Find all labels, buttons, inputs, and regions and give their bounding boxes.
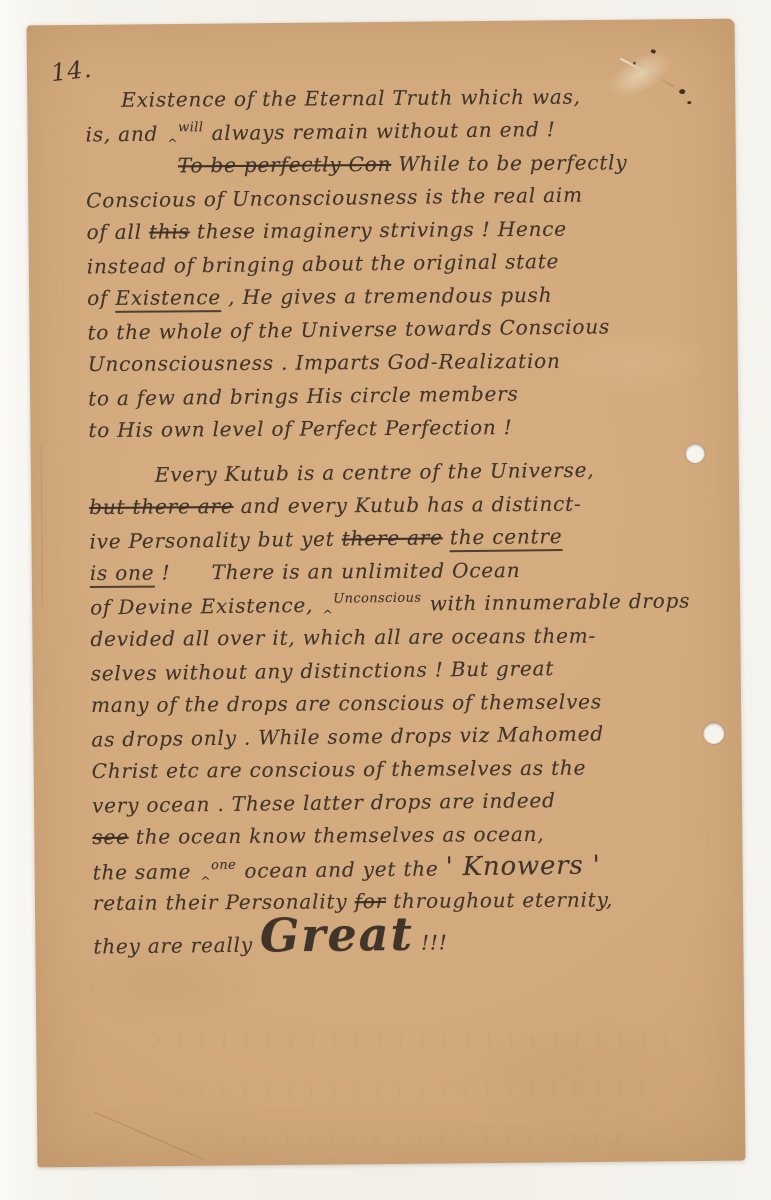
text-run: to His own level of Perfect Perfection ! [88, 415, 512, 442]
text-run: of Devine Existence, [90, 593, 313, 620]
text-run: , He gives a tremendous push [228, 283, 552, 309]
text-run: of [87, 286, 108, 310]
text-run: they are really [93, 933, 253, 959]
text-run: always remain without an end ! [211, 117, 555, 145]
strikethrough-text: this [149, 219, 190, 243]
text-run: is, and [85, 122, 158, 147]
strikethrough-text: see [92, 825, 129, 849]
text-run: Existence of the Eternal Truth which was… [121, 85, 581, 112]
text-run: and every Kutub has a distinct- [241, 492, 582, 518]
text-run: Conscious of Unconsciousness is the real… [86, 183, 583, 213]
underlined-text: the centre [450, 524, 563, 552]
text-run: of all [86, 220, 141, 244]
text-run: many of the drops are conscious of thems… [91, 689, 602, 717]
manuscript-page: 14. Existence of the Eternal Truth which… [27, 19, 746, 1168]
manuscript-line: to His own level of Perfect Perfection ! [88, 410, 708, 447]
inserted-text: will [178, 120, 203, 135]
emphasized-text: ' Knowers ' [446, 851, 601, 883]
bleed-through-writing [147, 1080, 647, 1102]
text-run: There is an unlimited Ocean [211, 558, 520, 584]
bleed-through-writing [167, 1133, 637, 1149]
strikethrough-text: there are [342, 525, 443, 550]
underlined-text: is one [90, 561, 155, 588]
text-run: ive Personality but yet [89, 527, 334, 554]
text-run: instead of bringing about the original s… [87, 249, 560, 279]
text-run: Christ etc are conscious of themselves a… [92, 756, 587, 783]
ink-speck [633, 62, 636, 65]
text-run: Unconsciousness . Imparts God-Realizatio… [88, 349, 561, 376]
text-run: as drops only . While some drops viz Mah… [91, 721, 604, 751]
inserted-text: one [211, 858, 236, 873]
text-run: selves without any distinctions ! But gr… [91, 656, 555, 685]
underlined-text: Existence [115, 285, 221, 313]
bleed-through-writing [126, 1034, 686, 1048]
strikethrough-text: but there are [89, 494, 233, 519]
text-run: the same [93, 859, 192, 884]
manuscript-line: they are really Great !!! [93, 914, 713, 954]
text-run: devided all over it, which all are ocean… [90, 623, 596, 651]
text-run: Every Kutub is a centre of the Universe, [155, 458, 595, 487]
text-run: these imaginery strivings ! Hence [197, 217, 567, 244]
text-run: to the whole of the Universe towards Con… [87, 314, 610, 344]
text-run: with innumerable drops [430, 588, 691, 615]
text-run: !!! [421, 930, 448, 954]
insertion-caret-mark: ^ [322, 608, 333, 622]
page-number: 14. [50, 55, 94, 88]
paper-crease-vertical [41, 445, 44, 605]
text-run: very ocean . These latter drops are inde… [92, 788, 556, 817]
text-run: ! [161, 560, 170, 584]
text-run: to a few and brings His circle members [88, 381, 519, 410]
paper-crease [94, 1111, 204, 1160]
text-run: While to be perfectly [398, 150, 627, 176]
inserted-text: Unconscious [333, 591, 421, 607]
text-run: throughout eternity, [393, 887, 613, 913]
text-run: the ocean know themselves as ocean, [136, 822, 545, 849]
text-run: ocean and yet the [244, 856, 438, 882]
strikethrough-text: To be perfectly Con [178, 152, 392, 177]
handwritten-text-block: Existence of the Eternal Truth which was… [85, 79, 713, 954]
large-flourish-text: Great [260, 907, 414, 963]
